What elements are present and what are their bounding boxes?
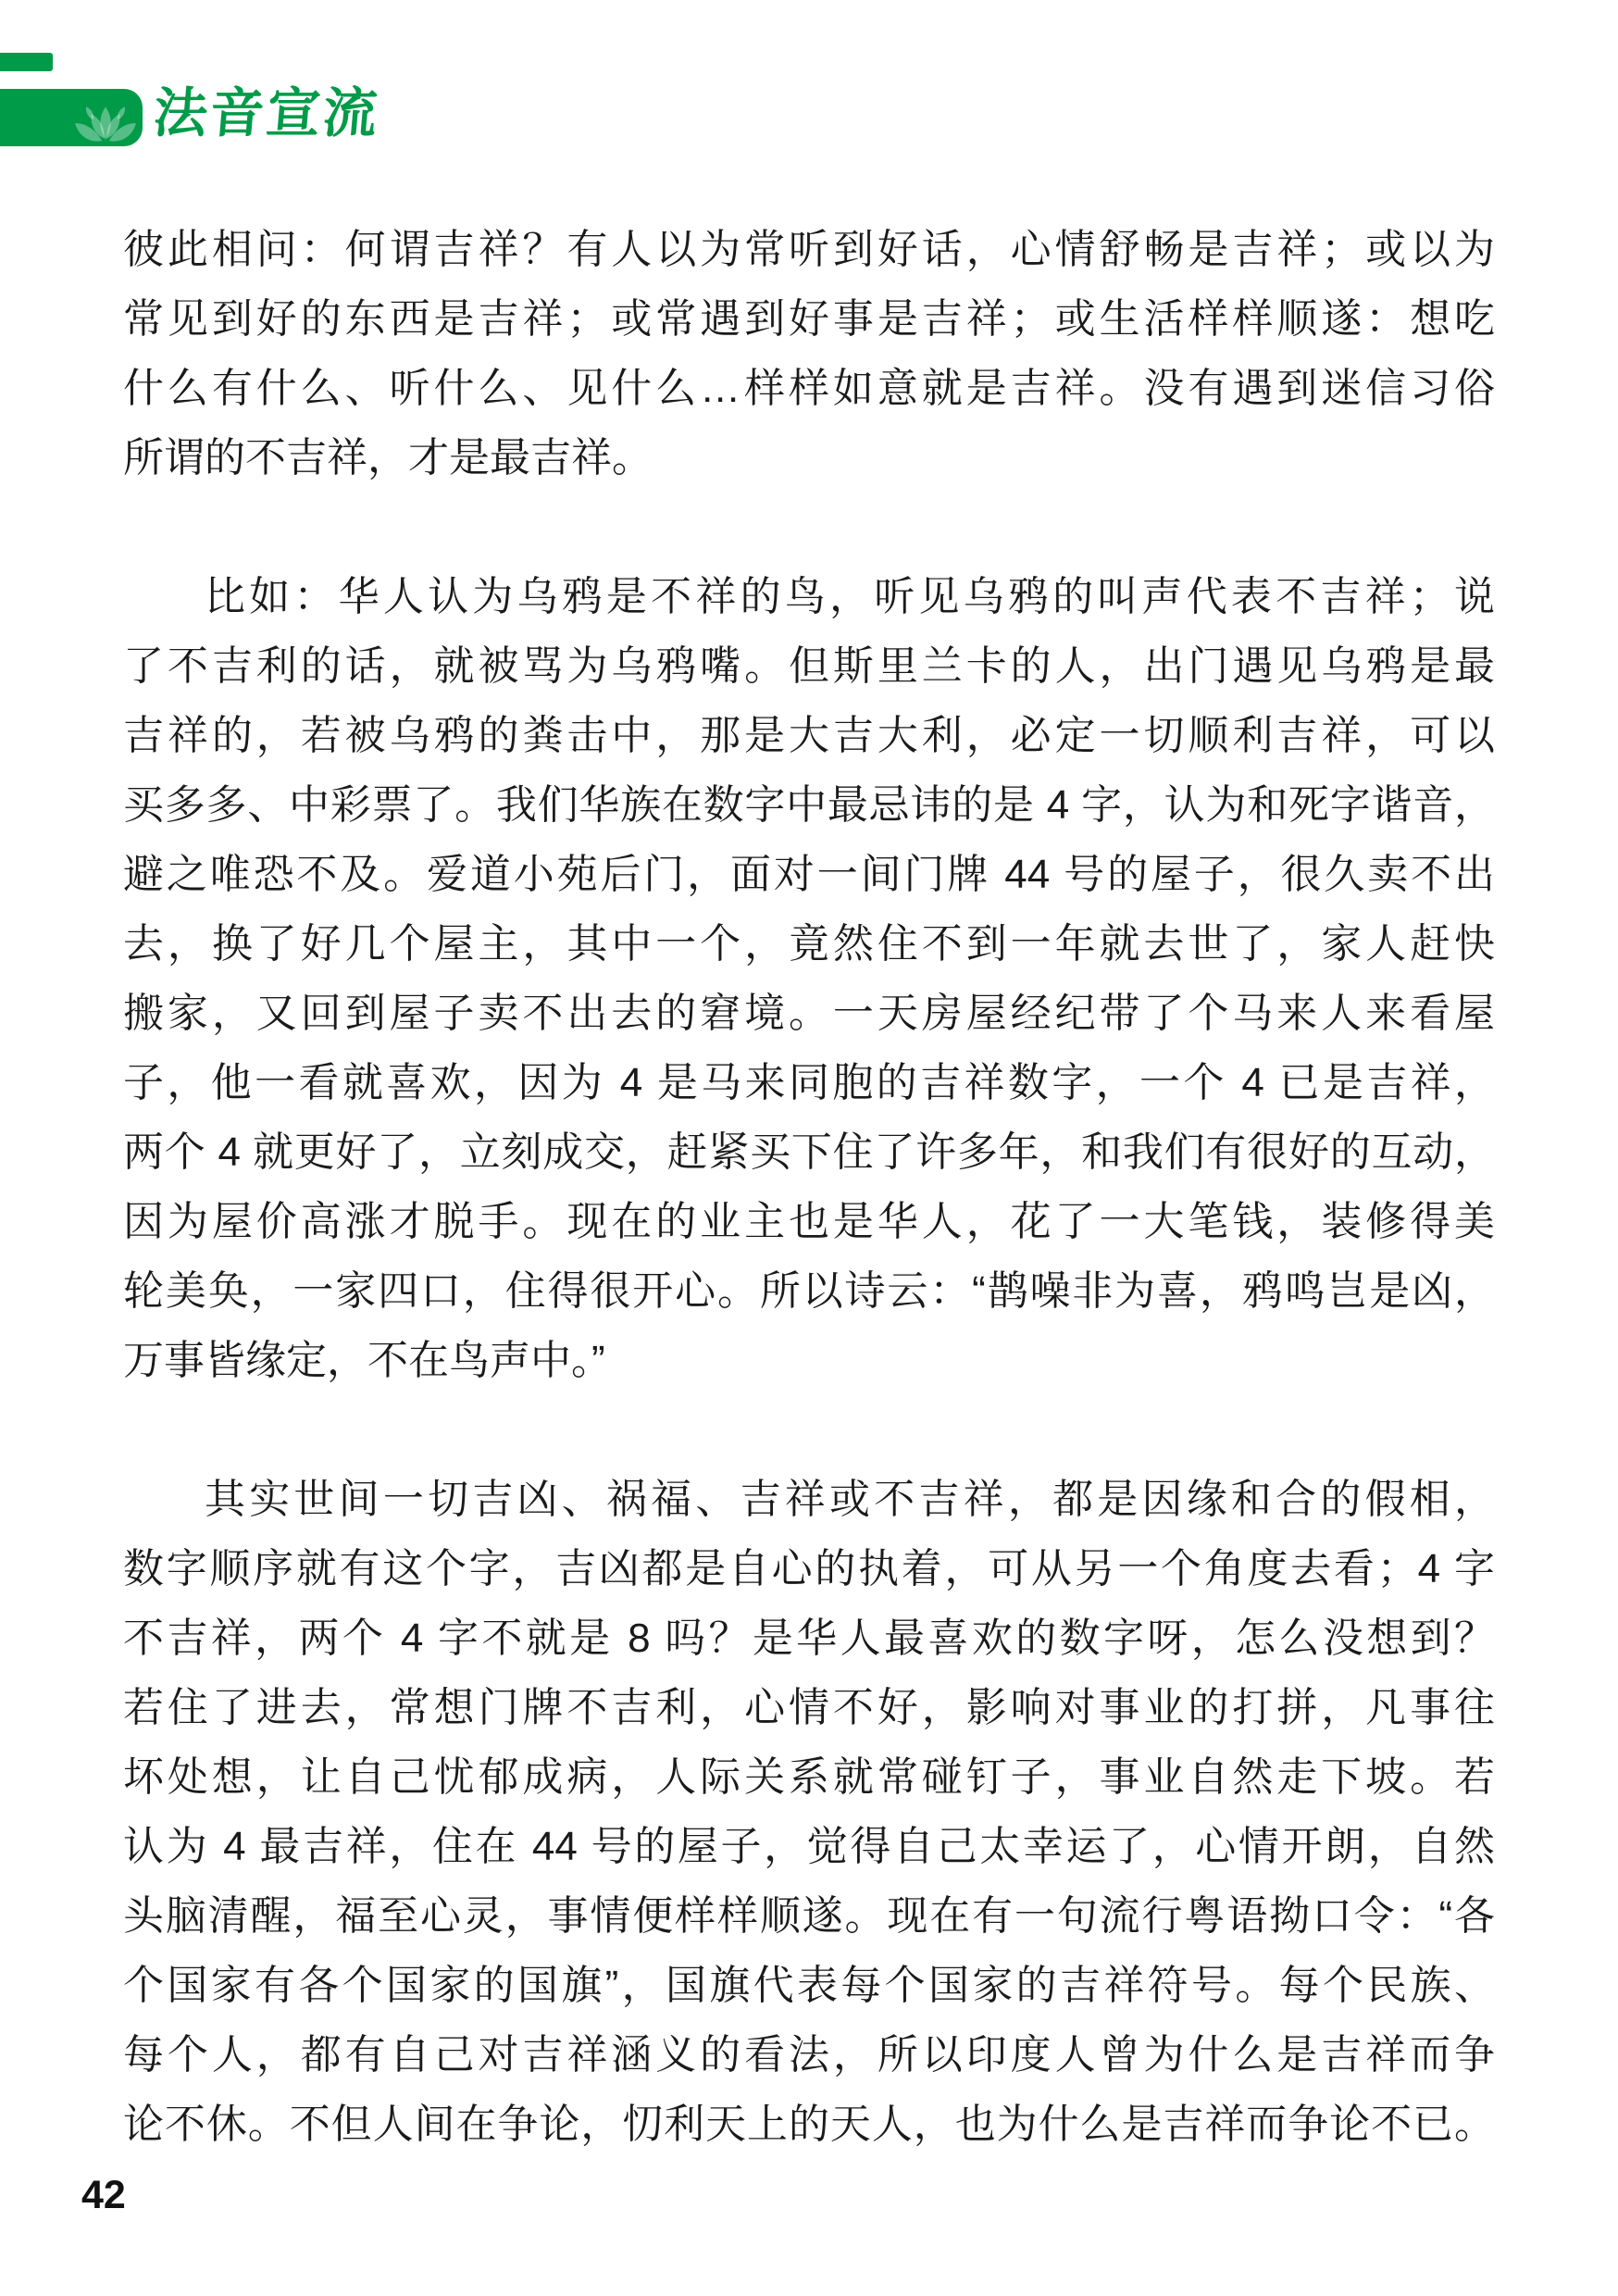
text-line: 若住了进去，常想门牌不吉利，心情不好，影响对事业的打拼，凡事往 <box>123 1673 1495 1742</box>
text-line: 坏处想，让自己忧郁成病，人际关系就常碰钉子，事业自然走下坡。若 <box>123 1742 1495 1812</box>
lotus-icon <box>70 102 141 146</box>
text-line: 不吉祥，两个 4 字不就是 8 吗？是华人最喜欢的数字呀，怎么没想到？ <box>123 1603 1495 1673</box>
text-line: 每个人，都有自己对吉祥涵义的看法，所以印度人曾为什么是吉祥而争 <box>123 2020 1495 2090</box>
text-line: 论不休。不但人间在争论，忉利天上的天人，也为什么是吉祥而争论不已。 <box>123 2090 1495 2159</box>
text-line: 买多多、中彩票了。我们华族在数字中最忌讳的是 4 字，认为和死字谐音， <box>123 770 1495 840</box>
text-line: 两个 4 就更好了，立刻成交，赶紧买下住了许多年，和我们有很好的互动， <box>123 1117 1495 1187</box>
page-number: 42 <box>81 2172 126 2218</box>
document-page: 法音宣流 彼此相问：何谓吉祥？有人以为常听到好话，心情舒畅是吉祥；或以为常见到好… <box>0 0 1618 2296</box>
text-line: 彼此相问：何谓吉祥？有人以为常听到好话，心情舒畅是吉祥；或以为 <box>123 215 1495 284</box>
text-line: 其实世间一切吉凶、祸福、吉祥或不吉祥，都是因缘和合的假相， <box>123 1465 1495 1534</box>
section-title: 法音宣流 <box>151 85 381 143</box>
text-line: 因为屋价高涨才脱手。现在的业主也是华人，花了一大笔钱，装修得美 <box>123 1187 1495 1256</box>
bleed-accent-strip <box>0 53 53 71</box>
text-line: 避之唯恐不及。爱道小苑后门，面对一间门牌 44 号的屋子，很久卖不出 <box>123 840 1495 909</box>
text-line: 万事皆缘定，不在鸟声中。” <box>123 1326 1495 1395</box>
article-body: 彼此相问：何谓吉祥？有人以为常听到好话，心情舒畅是吉祥；或以为常见到好的东西是吉… <box>123 215 1495 2159</box>
brand-bar <box>0 89 143 146</box>
text-line: 数字顺序就有这个字，吉凶都是自心的执着，可从另一个角度去看；4 字 <box>123 1534 1495 1603</box>
paragraph: 比如：华人认为乌鸦是不祥的鸟，听见乌鸦的叫声代表不吉祥；说了不吉利的话，就被骂为… <box>123 562 1495 1395</box>
text-line: 子，他一看就喜欢，因为 4 是马来同胞的吉祥数字，一个 4 已是吉祥， <box>123 1048 1495 1117</box>
text-line: 搬家，又回到屋子卖不出去的窘境。一天房屋经纪带了个马来人来看屋 <box>123 979 1495 1048</box>
text-line: 去，换了好几个屋主，其中一个，竟然住不到一年就去世了，家人赶快 <box>123 909 1495 979</box>
text-line: 吉祥的，若被乌鸦的粪击中，那是大吉大利，必定一切顺利吉祥，可以 <box>123 701 1495 770</box>
text-line: 个国家有各个国家的国旗”，国旗代表每个国家的吉祥符号。每个民族、 <box>123 1951 1495 2020</box>
text-line: 头脑清醒，福至心灵，事情便样样顺遂。现在有一句流行粤语拗口令：“各 <box>123 1881 1495 1951</box>
text-line: 比如：华人认为乌鸦是不祥的鸟，听见乌鸦的叫声代表不吉祥；说 <box>123 562 1495 631</box>
paragraph: 其实世间一切吉凶、祸福、吉祥或不吉祥，都是因缘和合的假相，数字顺序就有这个字，吉… <box>123 1465 1495 2159</box>
paragraph: 彼此相问：何谓吉祥？有人以为常听到好话，心情舒畅是吉祥；或以为常见到好的东西是吉… <box>123 215 1495 493</box>
text-line: 所谓的不吉祥，才是最吉祥。 <box>123 423 1495 493</box>
text-line: 什么有什么、听什么、见什么…样样如意就是吉祥。没有遇到迷信习俗 <box>123 354 1495 423</box>
text-line: 轮美奂，一家四口，住得很开心。所以诗云：“鹊噪非为喜，鸦鸣岂是凶， <box>123 1256 1495 1326</box>
text-line: 常见到好的东西是吉祥；或常遇到好事是吉祥；或生活样样顺遂：想吃 <box>123 284 1495 354</box>
text-line: 认为 4 最吉祥，住在 44 号的屋子，觉得自己太幸运了，心情开朗，自然 <box>123 1812 1495 1881</box>
text-line: 了不吉利的话，就被骂为乌鸦嘴。但斯里兰卡的人，出门遇见乌鸦是最 <box>123 631 1495 701</box>
